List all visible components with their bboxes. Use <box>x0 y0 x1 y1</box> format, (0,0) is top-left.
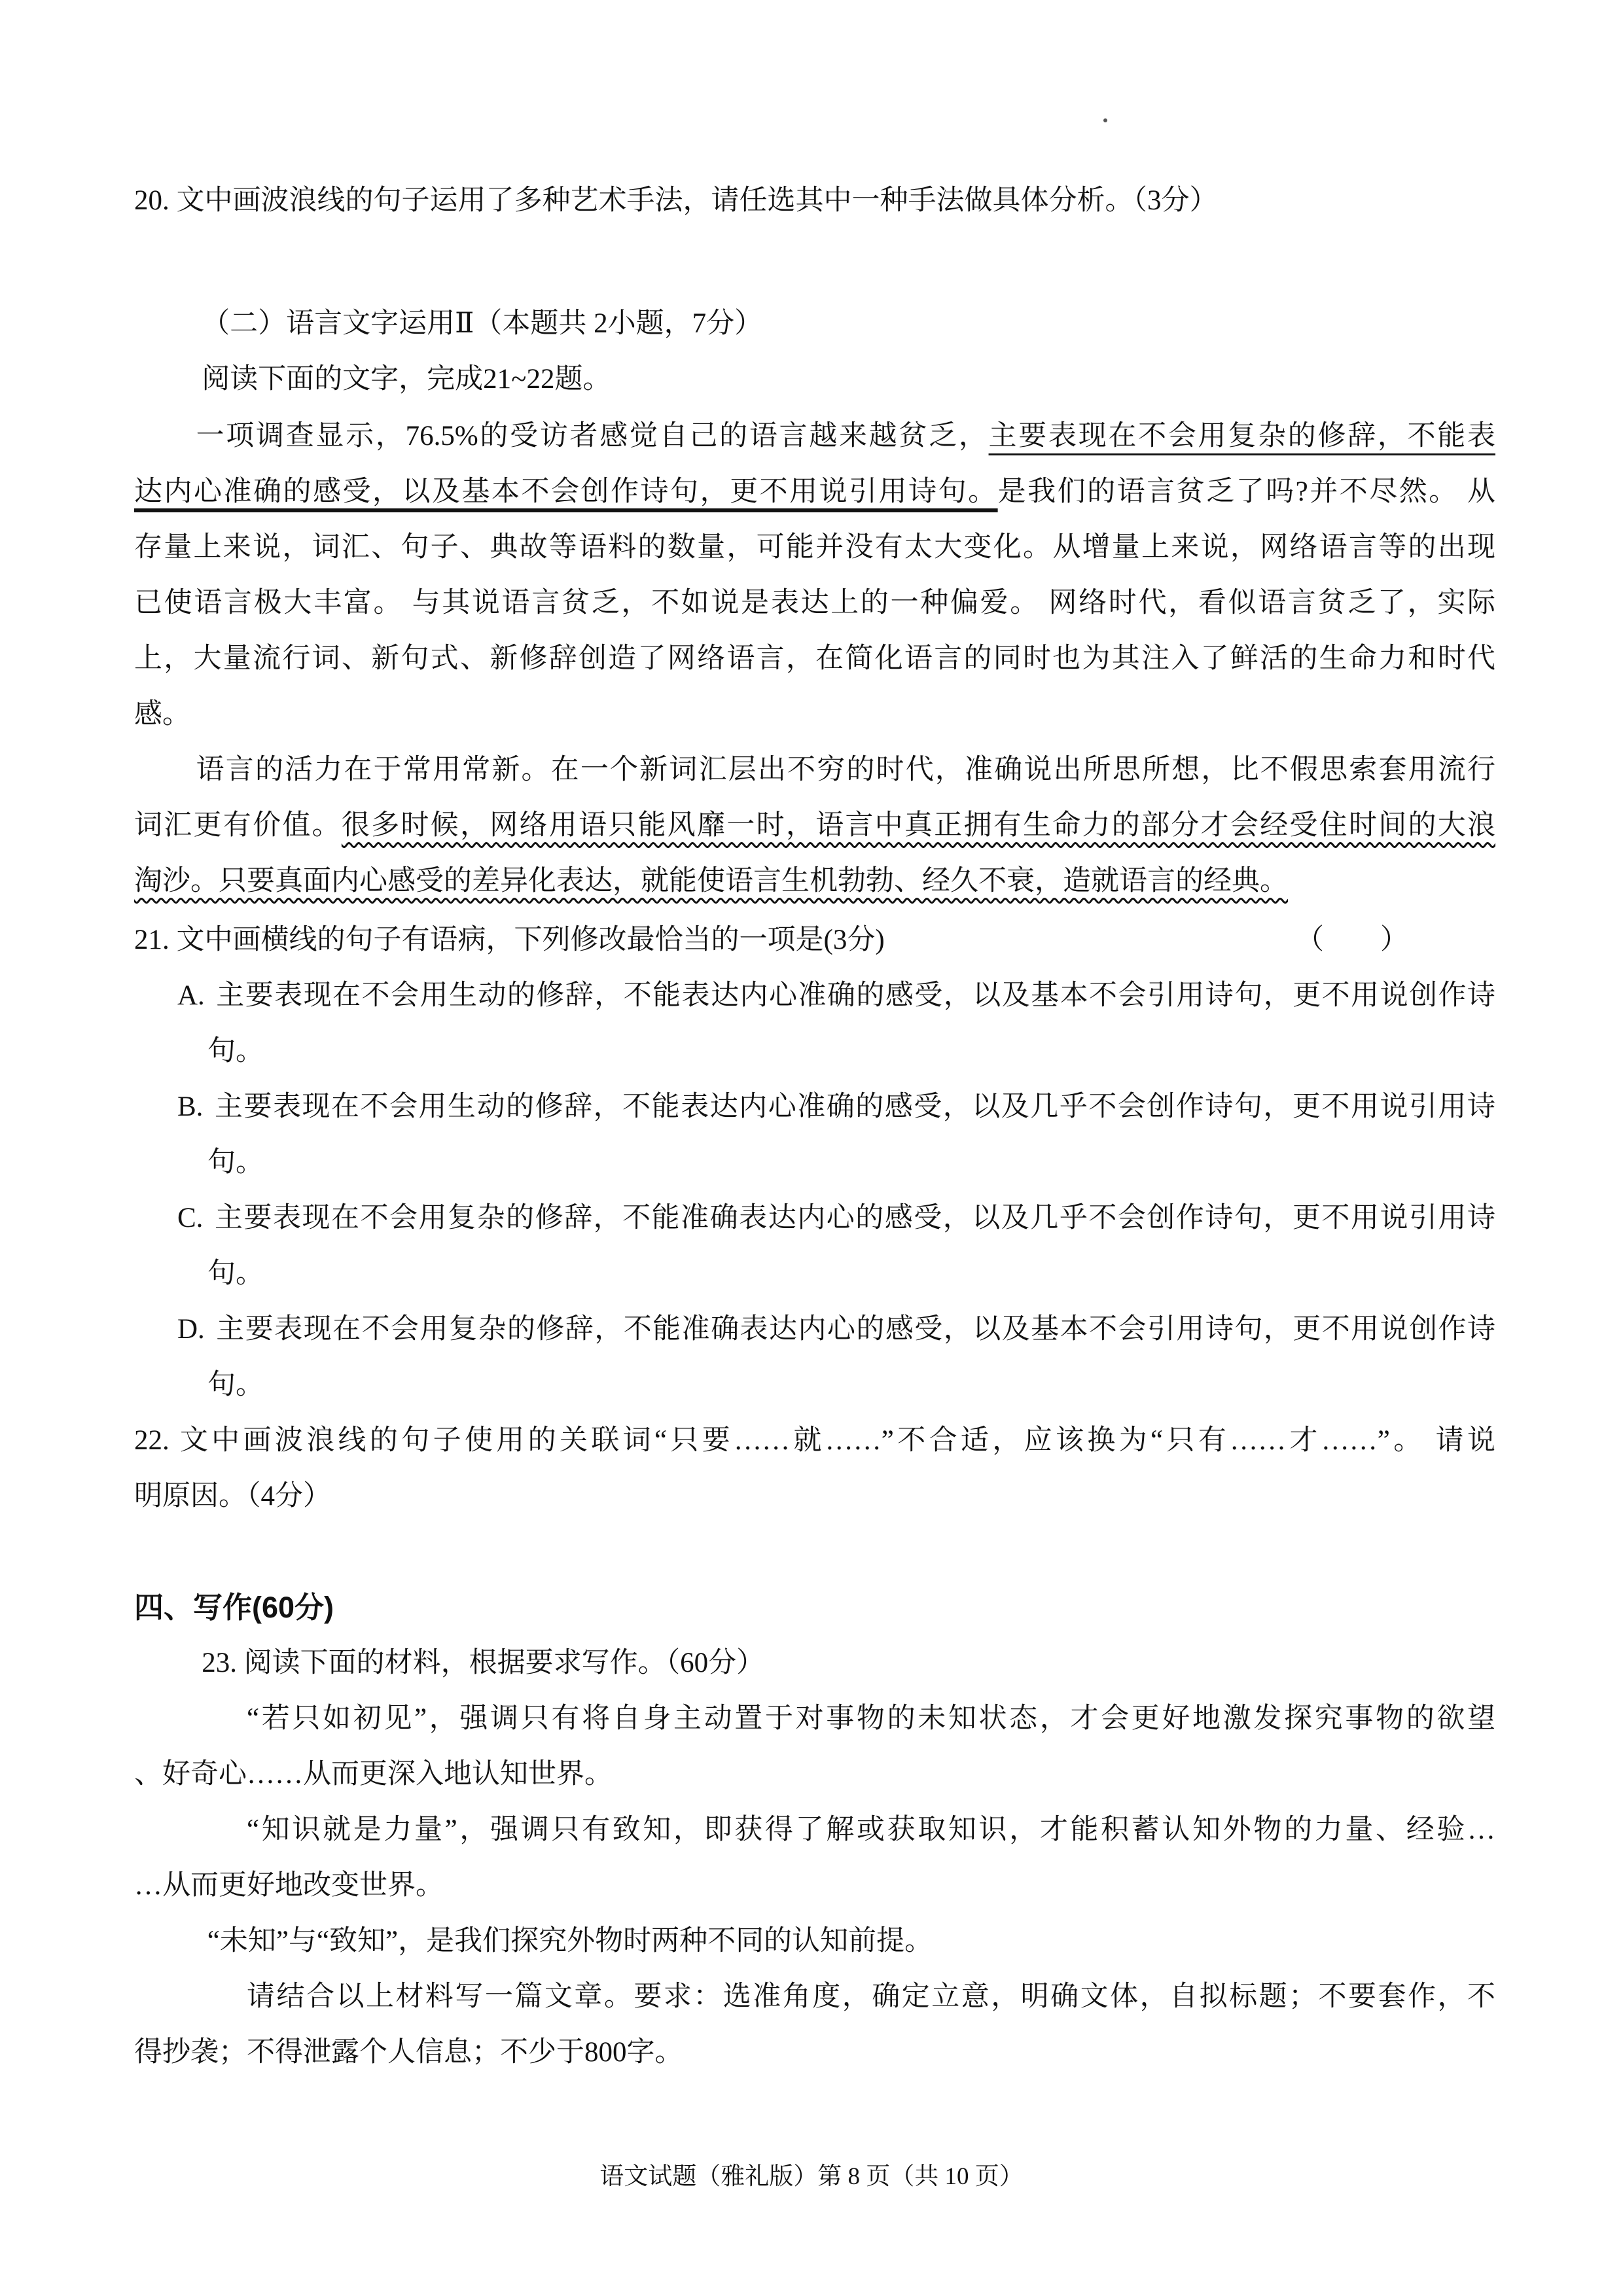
passage-line: 一项调查显示，76.5%的受访者感觉自己的语言越来越贫乏，主要表现在不会用复杂的… <box>134 408 1495 464</box>
material-line: 请结合以上材料写一篇文章。要求：选准角度，确定立意，明确文体，自拟标题；不要套作… <box>134 1969 1495 2024</box>
passage-line: 感。 <box>134 686 1495 742</box>
plain-text: 语言的活力在于常用常新。在一个新词汇层出不穷的时代，准确说出所思所想，比不假思索… <box>196 754 1495 785</box>
plain-text: 请结合以上材料写一篇文章。要求：选准角度，确定立意，明确文体，自拟标题；不要套作… <box>247 1981 1495 2012</box>
option-continuation: 句。 <box>134 1135 1495 1190</box>
plain-text: “若只如初见”，强调只有将自身主动置于对事物的未知状态，才会更好地激发探究事物的… <box>247 1703 1495 1734</box>
passage-line: 淘沙。只要真面内心感受的差异化表达，就能使语言生机勃勃、经久不衰，造就语言的经典… <box>134 853 1495 909</box>
section4-heading: 四、写作(60分) <box>134 1580 1495 1635</box>
section2-heading: （二）语言文字运用Ⅱ（本题共 2小题，7分） <box>134 296 1495 351</box>
plain-text: …从而更好地改变世界。 <box>134 1870 444 1901</box>
passage-line: 上，大量流行词、新句式、新修辞创造了网络语言，在简化语言的同时也为其注入了鲜活的… <box>134 631 1495 686</box>
passage-line: 存量上来说，词汇、句子、典故等语料的数量，可能并没有太大变化。从增量上来说，网络… <box>134 520 1495 575</box>
wavy-underlined-text: 淘沙。只要真面内心感受的差异化表达，就能使语言生机勃勃、经久不衰，造就语言的经典… <box>134 866 1288 896</box>
wavy-underlined-text: 很多时候，网络用语只能风靡一时，语言中真正拥有生命力的部分才会经受住时间的大浪 <box>342 810 1495 841</box>
material-line: “若只如初见”，强调只有将自身主动置于对事物的未知状态，才会更好地激发探究事物的… <box>134 1691 1495 1746</box>
plain-text: “知识就是力量”，强调只有致知，即获得了解或获取知识，才能积蓄认知外物的力量、经… <box>247 1814 1495 1845</box>
passage-line: 已使语言极大丰富。 与其说语言贫乏，不如说是表达上的一种偏爱。 网络时代，看似语… <box>134 575 1495 631</box>
option-continuation: 句。 <box>134 1357 1495 1413</box>
option-continuation: 句。 <box>134 1246 1495 1301</box>
exam-paper-page: 20. 文中画波浪线的句子运用了多种艺术手法，请任选其中一种手法做具体分析。（3… <box>0 0 1623 2296</box>
reading-intro: 阅读下面的文字，完成21~22题。 <box>134 351 1495 407</box>
option-text: 主要表现在不会用生动的修辞，不能表达内心准确的感受，以及基本不会引用诗句，更不用… <box>215 980 1495 1011</box>
answer-brackets: （ ） <box>1296 912 1408 968</box>
q23-materials: “若只如初见”，强调只有将自身主动置于对事物的未知状态，才会更好地激发探究事物的… <box>134 1691 1495 2080</box>
q22-line2: 明原因。（4分） <box>134 1468 1495 1524</box>
q21-stem: 21. 文中画横线的句子有语病，下列修改最恰当的一项是(3分) <box>134 925 885 955</box>
question-20: 20. 文中画波浪线的句子运用了多种艺术手法，请任选其中一种手法做具体分析。（3… <box>134 173 1495 228</box>
passage-line: 达内心准确的感受，以及基本不会创作诗句，更不用说引用诗句。是我们的语言贫乏了吗?… <box>134 464 1495 520</box>
material-line: “知识就是力量”，强调只有致知，即获得了解或获取知识，才能积蓄认知外物的力量、经… <box>134 1802 1495 1858</box>
option-line: D.主要表现在不会用复杂的修辞，不能准确表达内心的感受，以及基本不会引用诗句，更… <box>134 1301 1495 1357</box>
underlined-text: 达内心准确的感受，以及基本不会创作诗句，更不用说引用诗句。 <box>134 476 998 507</box>
q23-stem: 23. 阅读下面的材料，根据要求写作。（60分） <box>134 1635 1495 1691</box>
plain-text: 、好奇心……从而更深入地认知世界。 <box>134 1759 613 1790</box>
plain-text: 感。 <box>134 699 190 730</box>
option-text: 主要表现在不会用复杂的修辞，不能准确表达内心的感受，以及基本不会引用诗句，更不用… <box>215 1314 1495 1345</box>
option-text: 主要表现在不会用生动的修辞，不能表达内心准确的感受，以及几乎不会创作诗句，更不用… <box>213 1091 1495 1122</box>
plain-text: 存量上来说，词汇、句子、典故等语料的数量，可能并没有太大变化。从增量上来说，网络… <box>134 532 1495 563</box>
option-line: B.主要表现在不会用生动的修辞，不能表达内心准确的感受，以及几乎不会创作诗句，更… <box>134 1079 1495 1135</box>
option-line: C.主要表现在不会用复杂的修辞，不能准确表达内心的感受，以及几乎不会创作诗句，更… <box>134 1190 1495 1246</box>
q21-options: A.主要表现在不会用生动的修辞，不能表达内心准确的感受，以及基本不会引用诗句，更… <box>134 968 1495 1413</box>
underlined-text: 主要表现在不会用复杂的修辞，不能表 <box>989 421 1495 451</box>
option-label: C. <box>177 1203 203 1233</box>
option-label: A. <box>177 980 205 1011</box>
plain-text: 得抄袭；不得泄露个人信息；不少于800字。 <box>134 2037 683 2068</box>
material-line: …从而更好地改变世界。 <box>134 1858 1495 1913</box>
option-text: 主要表现在不会用复杂的修辞，不能准确表达内心的感受，以及几乎不会创作诗句，更不用… <box>213 1203 1495 1233</box>
option-label: D. <box>177 1314 205 1345</box>
passage-line: 词汇更有价值。很多时候，网络用语只能风靡一时，语言中真正拥有生命力的部分才会经受… <box>134 798 1495 853</box>
question-21: 21. 文中画横线的句子有语病，下列修改最恰当的一项是(3分) （ ） <box>134 912 1495 968</box>
option-continuation: 句。 <box>134 1023 1495 1079</box>
plain-text: 已使语言极大丰富。 与其说语言贫乏，不如说是表达上的一种偏爱。 网络时代，看似语… <box>134 588 1495 618</box>
plain-text: “未知”与“致知”，是我们探究外物时两种不同的认知前提。 <box>207 1926 933 1956</box>
passage: 一项调查显示，76.5%的受访者感觉自己的语言越来越贫乏，主要表现在不会用复杂的… <box>134 408 1495 909</box>
plain-text: 上，大量流行词、新句式、新修辞创造了网络语言，在简化语言的同时也为其注入了鲜活的… <box>134 643 1495 674</box>
q22-line1: 22. 文中画波浪线的句子使用的关联词“只要……就……”不合适，应该换为“只有…… <box>134 1413 1495 1468</box>
stray-mark <box>1103 118 1107 122</box>
material-line: “未知”与“致知”，是我们探究外物时两种不同的认知前提。 <box>134 1913 1495 1969</box>
option-label: B. <box>177 1091 203 1122</box>
material-line: 得抄袭；不得泄露个人信息；不少于800字。 <box>134 2024 1495 2080</box>
option-line: A.主要表现在不会用生动的修辞，不能表达内心准确的感受，以及基本不会引用诗句，更… <box>134 968 1495 1023</box>
material-line: 、好奇心……从而更深入地认知世界。 <box>134 1746 1495 1802</box>
plain-text: 是我们的语言贫乏了吗?并不尽然。 从 <box>998 476 1495 507</box>
page-footer: 语文试题（雅礼版）第 8 页（共 10 页） <box>0 2149 1623 2204</box>
question-22: 22. 文中画波浪线的句子使用的关联词“只要……就……”不合适，应该换为“只有…… <box>134 1413 1495 1524</box>
plain-text: 词汇更有价值。 <box>134 810 342 841</box>
plain-text: 一项调查显示，76.5%的受访者感觉自己的语言越来越贫乏， <box>196 421 989 451</box>
passage-line: 语言的活力在于常用常新。在一个新词汇层出不穷的时代，准确说出所思所想，比不假思索… <box>134 742 1495 798</box>
